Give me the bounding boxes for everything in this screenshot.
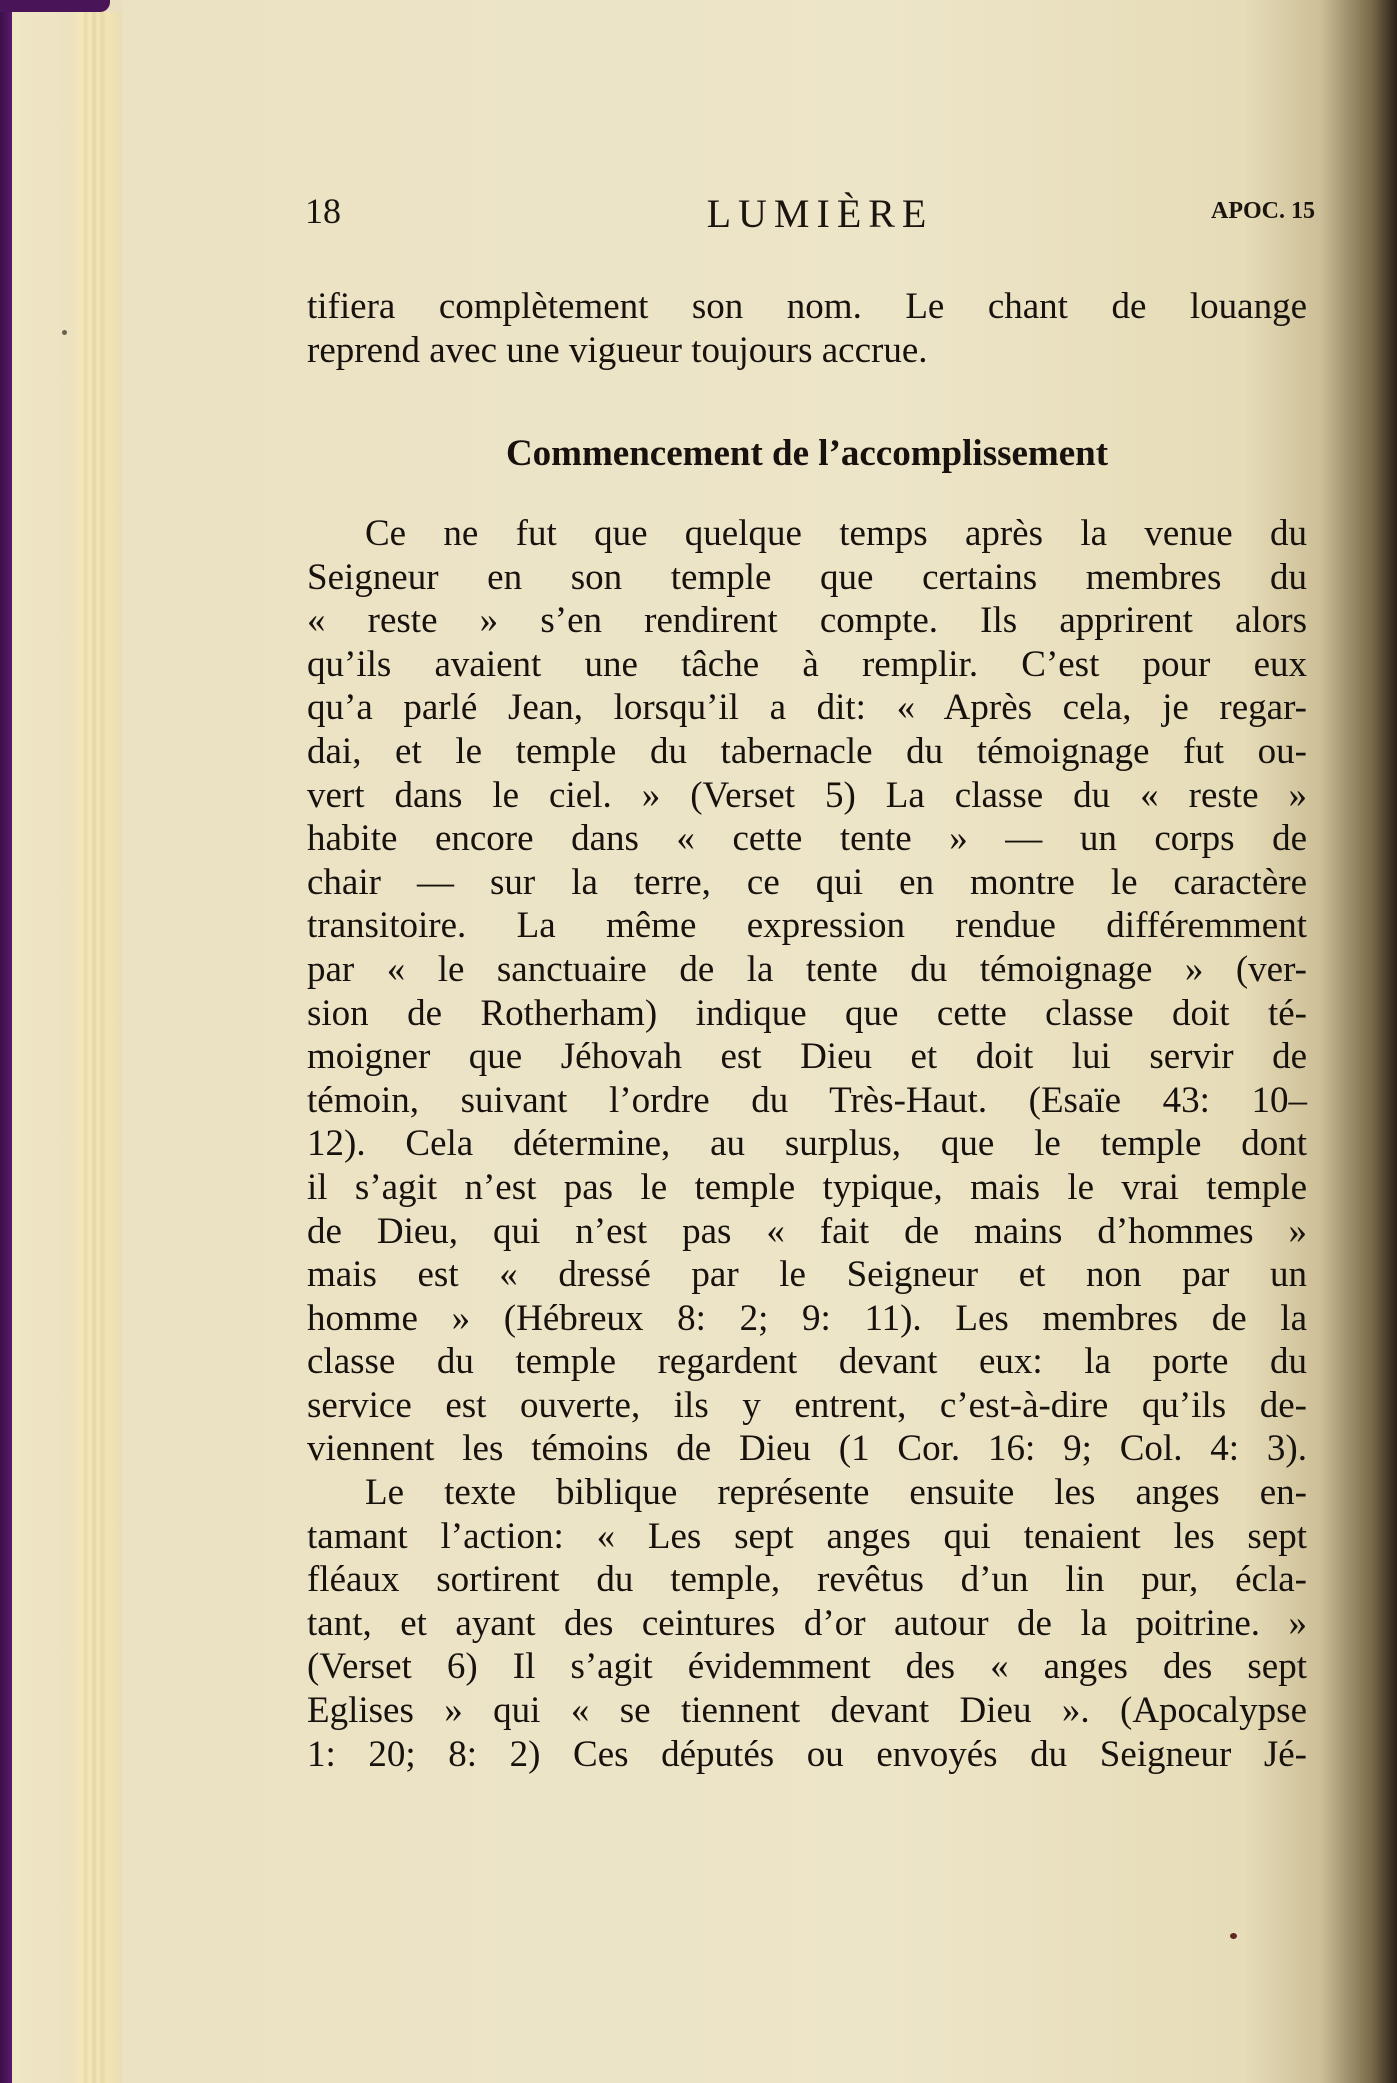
- text-line: Le texte biblique représente ensuite les…: [307, 1471, 1307, 1515]
- text-line: Ce ne fut que quelque temps après la ven…: [307, 512, 1307, 556]
- text-line: vert dans le ciel. » (Verset 5) La class…: [307, 774, 1307, 818]
- paragraph-1: Ce ne fut que quelque temps après la ven…: [307, 512, 1307, 1471]
- text-line: tamant l’action: « Les sept anges qui te…: [307, 1515, 1307, 1559]
- text-line: 12). Cela détermine, au surplus, que le …: [307, 1122, 1307, 1166]
- text-line: service est ouverte, ils y entrent, c’es…: [307, 1384, 1307, 1428]
- text-line: reprend avec une vigueur toujours accrue…: [307, 329, 1307, 373]
- paragraph-2: Le texte biblique représente ensuite les…: [307, 1471, 1307, 1776]
- text-line: fléaux sortirent du temple, revêtus d’un…: [307, 1558, 1307, 1602]
- page-stack-edges: [12, 12, 122, 2083]
- text-line: chair — sur la terre, ce qui en montre l…: [307, 861, 1307, 905]
- text-line: tifiera complètement son nom. Le chant d…: [307, 285, 1307, 329]
- intro-paragraph: tifiera complètement son nom. Le chant d…: [307, 285, 1307, 372]
- text-line: habite encore dans « cette tente » — un …: [307, 817, 1307, 861]
- text-line: « reste » s’en rendirent compte. Ils app…: [307, 599, 1307, 643]
- text-line: dai, et le temple du tabernacle du témoi…: [307, 730, 1307, 774]
- text-line: de Dieu, qui n’est pas « fait de mains d…: [307, 1210, 1307, 1254]
- text-line: il s’agit n’est pas le temple typique, m…: [307, 1166, 1307, 1210]
- text-line: témoin, suivant l’ordre du Très-Haut. (E…: [307, 1079, 1307, 1123]
- text-line: viennent les témoins de Dieu (1 Cor. 16:…: [307, 1427, 1307, 1471]
- text-line: Seigneur en son temple que certains memb…: [307, 556, 1307, 600]
- text-line: Eglises » qui « se tiennent devant Dieu …: [307, 1689, 1307, 1733]
- paper-speck: [62, 330, 67, 335]
- text-line: (Verset 6) Il s’agit évidemment des « an…: [307, 1645, 1307, 1689]
- text-line: homme » (Hébreux 8: 2; 9: 11). Les membr…: [307, 1297, 1307, 1341]
- text-line: 1: 20; 8: 2) Ces députés ou envoyés du S…: [307, 1733, 1307, 1777]
- text-line: qu’ils avaient une tâche à remplir. C’es…: [307, 643, 1307, 687]
- chapter-reference: APOC. 15: [1211, 198, 1315, 225]
- text-line: par « le sanctuaire de la tente du témoi…: [307, 948, 1307, 992]
- book-cover-edge: [0, 0, 12, 2083]
- text-line: tant, et ayant des ceintures d’or autour…: [307, 1602, 1307, 1646]
- text-line: transitoire. La même expression rendue d…: [307, 904, 1307, 948]
- section-heading: Commencement de l’accomplissement: [307, 432, 1307, 475]
- running-header: 18 LUMIÈRE APOC. 15: [305, 190, 1315, 240]
- text-line: sion de Rotherham) indique que cette cla…: [307, 992, 1307, 1036]
- running-title: LUMIÈRE: [305, 190, 1315, 237]
- text-line: moigner que Jéhovah est Dieu et doit lui…: [307, 1035, 1307, 1079]
- text-line: mais est « dressé par le Seigneur et non…: [307, 1253, 1307, 1297]
- text-line: qu’a parlé Jean, lorsqu’il a dit: « Aprè…: [307, 686, 1307, 730]
- text-line: classe du temple regardent devant eux: l…: [307, 1340, 1307, 1384]
- paper-speck: [1230, 1933, 1237, 1939]
- book-cover-top: [0, 0, 110, 12]
